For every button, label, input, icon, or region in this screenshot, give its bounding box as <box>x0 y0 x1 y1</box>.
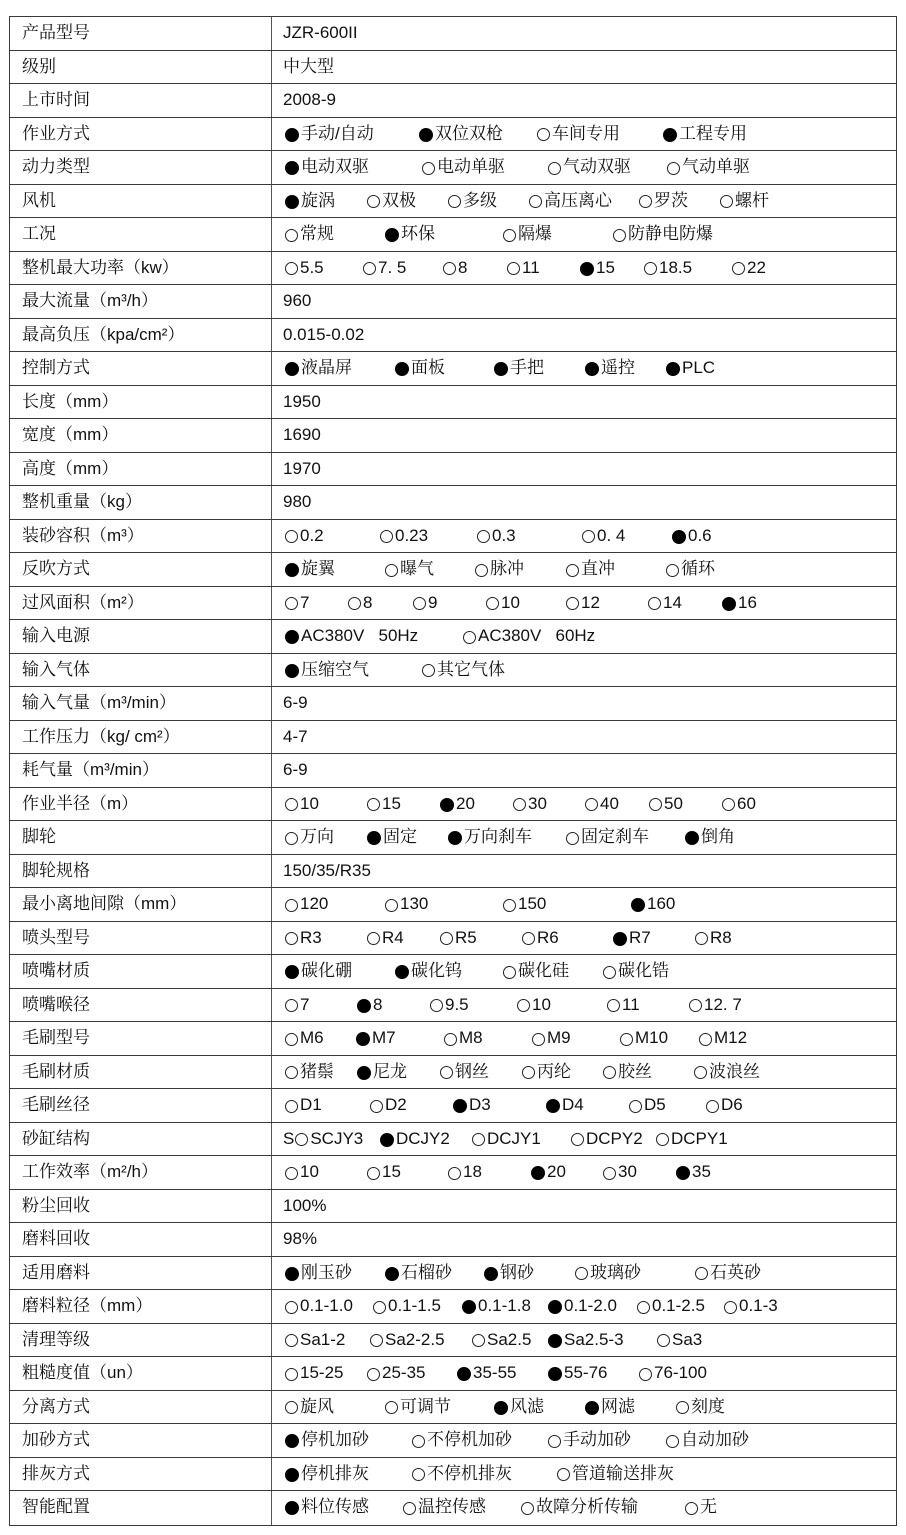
spec-options: ○M6 ●M7 ○M8 ○M9 ○M10 ○M12 <box>272 1022 896 1055</box>
option-label: 防静电防爆 <box>628 218 713 250</box>
spec-row-working-radius: 作业半径（m） ○10 ○15 ●20 ○30 ○40 ○50 ○60 <box>10 788 896 822</box>
circle-mark-icon: ○ <box>422 162 435 175</box>
option-label: 电动单驱 <box>437 151 505 183</box>
option: ●手把 <box>494 352 544 384</box>
circle-mark-icon: ○ <box>676 1401 689 1414</box>
option: ○7 <box>285 587 309 619</box>
option-label: D1 <box>300 1089 322 1121</box>
option-label: AC380V 50Hz <box>301 620 418 652</box>
circle-mark-icon: ● <box>285 664 299 678</box>
option: ●碳化钨 <box>395 955 462 987</box>
option: ○罗茨 <box>639 185 688 217</box>
option-label: 0.6 <box>688 520 712 552</box>
option-label: 55-76 <box>564 1357 607 1389</box>
option-label: 30 <box>528 788 547 820</box>
spec-options: ●手动/自动 ●双位双枪 ○车间专用 ●工程专用 <box>272 118 896 151</box>
spec-row-control-method: 控制方式 ●液晶屏 ●面板 ●手把 ●遥控 ●PLC <box>10 352 896 386</box>
option: ○Sa2.5 <box>472 1324 531 1356</box>
circle-mark-icon: ○ <box>537 128 550 141</box>
option-label: Sa2.5 <box>487 1324 531 1356</box>
spec-value: 98% <box>283 1223 317 1255</box>
spec-value-cell: 1950 <box>272 386 896 419</box>
circle-mark-icon: ○ <box>699 1033 712 1046</box>
spec-row-nozzle-throat-diameter: 喷嘴喉径 ○7 ●8 ○9.5 ○10 ○11 ○12. 7 <box>10 989 896 1023</box>
option-label: 160 <box>647 888 675 920</box>
option: ○故障分析传输 <box>521 1491 638 1523</box>
option-label: 0.1-2.5 <box>652 1290 705 1322</box>
option: ○D6 <box>706 1089 743 1121</box>
circle-mark-icon: ○ <box>724 1301 737 1314</box>
spec-value: 980 <box>283 486 311 518</box>
spec-label: 作业方式 <box>10 118 272 151</box>
option-label: M9 <box>547 1022 571 1054</box>
spec-label: 高度（mm） <box>10 453 272 486</box>
spec-row-applicable-abrasives: 适用磨料 ●刚玉砂 ●石榴砂 ●钢砂 ○玻璃砂 ○石英砂 <box>10 1257 896 1291</box>
spec-row-working-condition: 工况 ○常规 ●环保 ○隔爆 ○防静电防爆 <box>10 218 896 252</box>
option: ○0.3 <box>477 520 516 552</box>
circle-mark-icon: ○ <box>507 262 520 275</box>
spec-value: 6-9 <box>283 754 308 786</box>
circle-mark-icon: ○ <box>571 1133 584 1146</box>
option: ●20 <box>531 1156 566 1188</box>
option: ●万向刹车 <box>448 821 532 853</box>
option-label: 5.5 <box>300 252 324 284</box>
circle-mark-icon: ○ <box>370 1334 383 1347</box>
spec-options: ○D1 ○D2 ●D3 ●D4 ○D5 ○D6 <box>272 1089 896 1122</box>
spec-row-filter-area: 过风面积（m²） ○7 ○8 ○9 ○10 ○12 ○14 ●16 <box>10 587 896 621</box>
spec-value: 960 <box>283 285 311 317</box>
option: ●石榴砂 <box>385 1257 452 1289</box>
circle-mark-icon: ○ <box>285 229 298 242</box>
spec-value: 4-7 <box>283 721 308 753</box>
option: ○手动加砂 <box>548 1424 631 1456</box>
spec-options: ●碳化硼 ●碳化钨 ○碳化硅 ○碳化锆 <box>272 955 896 988</box>
spec-label: 输入电源 <box>10 620 272 653</box>
option: ○7 <box>285 989 309 1021</box>
spec-options: ○10 ○15 ○18 ●20 ○30 ●35 <box>272 1156 896 1189</box>
spec-row-power-type: 动力类型 ●电动双驱 ○电动单驱 ○气动双驱 ○气动单驱 <box>10 151 896 185</box>
option-label: 120 <box>300 888 328 920</box>
option-label: 20 <box>456 788 475 820</box>
spec-value-cell: 6-9 <box>272 687 896 720</box>
circle-mark-icon: ○ <box>285 899 298 912</box>
spec-value-cell: 中大型 <box>272 51 896 84</box>
circle-mark-icon: ○ <box>285 262 298 275</box>
option-label: 故障分析传输 <box>536 1491 638 1523</box>
option: ○双极 <box>367 185 416 217</box>
option: ○R6 <box>522 922 559 954</box>
option: ○12 <box>566 587 600 619</box>
circle-mark-icon: ● <box>385 228 399 242</box>
circle-mark-icon: ○ <box>463 631 476 644</box>
option: ○76-100 <box>639 1357 707 1389</box>
option: ○60 <box>722 788 756 820</box>
option: ●M7 <box>356 1022 396 1054</box>
option-label: 多级 <box>463 185 497 217</box>
option-label: 11 <box>522 252 540 284</box>
circle-mark-icon: ● <box>448 831 462 845</box>
option: ○无 <box>685 1491 717 1523</box>
option-label: Sa1-2 <box>300 1324 345 1356</box>
option: ○DCPY2 <box>571 1123 643 1155</box>
circle-mark-icon: ○ <box>367 932 380 945</box>
spec-options: ●刚玉砂 ●石榴砂 ●钢砂 ○玻璃砂 ○石英砂 <box>272 1257 896 1290</box>
circle-mark-icon: ○ <box>367 1368 380 1381</box>
spec-options: ○7 ●8 ○9.5 ○10 ○11 ○12. 7 <box>272 989 896 1022</box>
option-label: 25-35 <box>382 1357 425 1389</box>
option-label: 手把 <box>510 352 544 384</box>
spec-row-sand-feeding-method: 加砂方式 ●停机加砂 ○不停机加砂 ○手动加砂 ○自动加砂 <box>10 1424 896 1458</box>
circle-mark-icon: ○ <box>477 530 490 543</box>
option-label: 50 <box>664 788 683 820</box>
circle-mark-icon: ● <box>285 1468 299 1482</box>
option-label: 20 <box>547 1156 566 1188</box>
spec-row-air-consumption: 耗气量（m³/min） 6-9 <box>10 754 896 788</box>
spec-options: ○5.5 ○7. 5 ○8 ○11 ●15 ○18.5 ○22 <box>272 252 896 285</box>
option-label: Sa2.5-3 <box>564 1324 624 1356</box>
spec-label: 风机 <box>10 185 272 218</box>
spec-label: 磨料回收 <box>10 1223 272 1256</box>
option: ○40 <box>585 788 619 820</box>
spec-value-cell: 4-7 <box>272 721 896 754</box>
circle-mark-icon: ● <box>494 362 508 376</box>
option-label: 碳化钨 <box>411 955 462 987</box>
circle-mark-icon: ○ <box>566 597 579 610</box>
option: ●16 <box>722 587 757 619</box>
circle-mark-icon: ● <box>663 128 677 142</box>
option-label: 旋涡 <box>301 185 335 217</box>
option: ○气动双驱 <box>548 151 631 183</box>
circle-mark-icon: ○ <box>448 195 461 208</box>
option-label: 可调节 <box>400 1391 451 1423</box>
spec-options: ○10 ○15 ●20 ○30 ○40 ○50 ○60 <box>272 788 896 821</box>
option-label: 18 <box>463 1156 482 1188</box>
spec-options: ○万向 ●固定 ●万向刹车 ○固定刹车 ●倒角 <box>272 821 896 854</box>
spec-options: ●停机排灰 ○不停机排灰 ○管道输送排灰 <box>272 1458 896 1491</box>
option: ○15-25 <box>285 1357 343 1389</box>
option: ○14 <box>648 587 682 619</box>
option-label: 15 <box>382 1156 401 1188</box>
spec-label: 喷嘴材质 <box>10 955 272 988</box>
option: ○150 <box>503 888 546 920</box>
circle-mark-icon: ○ <box>513 798 526 811</box>
option-label: 0.3 <box>492 520 516 552</box>
option-label: 30 <box>618 1156 637 1188</box>
option: ○玻璃砂 <box>575 1257 641 1289</box>
option: ○M6 <box>285 1022 324 1054</box>
option: ○车间专用 <box>537 118 620 150</box>
spec-label: 脚轮 <box>10 821 272 854</box>
option: ○0.1-2.5 <box>637 1290 705 1322</box>
option-label: 0. 4 <box>597 520 625 552</box>
option-label: M12 <box>714 1022 747 1054</box>
circle-mark-icon: ○ <box>522 932 535 945</box>
option-label: 停机排灰 <box>301 1458 369 1490</box>
option-label: 猪鬃 <box>300 1056 334 1088</box>
option: ●160 <box>631 888 675 920</box>
circle-mark-icon: ○ <box>548 1435 561 1448</box>
circle-mark-icon: ○ <box>695 1267 708 1280</box>
circle-mark-icon: ○ <box>373 1301 386 1314</box>
option-label: 双位双枪 <box>435 118 503 150</box>
option: ●网滤 <box>585 1391 635 1423</box>
option-label: D3 <box>469 1089 491 1121</box>
circle-mark-icon: ○ <box>285 932 298 945</box>
option-label: 22 <box>747 252 766 284</box>
spec-label: 智能配置 <box>10 1491 272 1525</box>
spec-label: 输入气体 <box>10 654 272 687</box>
option-label: 手动加砂 <box>563 1424 631 1456</box>
option-label: 10 <box>532 989 551 1021</box>
circle-mark-icon: ○ <box>403 1502 416 1515</box>
circle-mark-icon: ○ <box>666 564 679 577</box>
option-label: 旋风 <box>300 1391 334 1423</box>
option: ○旋风 <box>285 1391 334 1423</box>
circle-mark-icon: ● <box>548 1300 562 1314</box>
spec-label: 作业半径（m） <box>10 788 272 821</box>
circle-mark-icon: ○ <box>607 999 620 1012</box>
circle-mark-icon: ● <box>676 1166 690 1180</box>
option-label: 尼龙 <box>373 1056 407 1088</box>
option-label: 面板 <box>411 352 445 384</box>
option-label: 其它气体 <box>437 654 505 686</box>
option: ○常规 <box>285 218 334 250</box>
spec-value-cell: 1970 <box>272 453 896 486</box>
option-label: 环保 <box>401 218 435 250</box>
spec-row-cleaning-grade: 清理等级 ○Sa1-2 ○Sa2-2.5 ○Sa2.5 ●Sa2.5-3 ○Sa… <box>10 1324 896 1358</box>
option: S○SCJY3 <box>283 1123 363 1155</box>
option-label: 隔爆 <box>518 218 552 250</box>
spec-value: 1950 <box>283 386 321 418</box>
option-label: 万向刹车 <box>464 821 532 853</box>
spec-label: 毛刷丝径 <box>10 1089 272 1122</box>
spec-label: 整机最大功率（kw） <box>10 252 272 285</box>
option: ○25-35 <box>367 1357 425 1389</box>
option: ○碳化硅 <box>503 955 569 987</box>
option: ○D2 <box>370 1089 407 1121</box>
option: ○石英砂 <box>695 1257 761 1289</box>
circle-mark-icon: ○ <box>521 1502 534 1515</box>
spec-value: 6-9 <box>283 687 308 719</box>
circle-mark-icon: ○ <box>472 1133 485 1146</box>
option-label: 压缩空气 <box>301 654 369 686</box>
option: ○R5 <box>440 922 477 954</box>
option: ●DCJY2 <box>380 1123 450 1155</box>
option-label: 万向 <box>300 821 334 853</box>
option: ●倒角 <box>685 821 735 853</box>
spec-label: 清理等级 <box>10 1324 272 1357</box>
option-label: 钢丝 <box>455 1056 489 1088</box>
circle-mark-icon: ● <box>531 1166 545 1180</box>
circle-mark-icon: ○ <box>603 1066 616 1079</box>
option: ○波浪丝 <box>694 1056 760 1088</box>
circle-mark-icon: ● <box>722 597 736 611</box>
option-label: 8 <box>458 252 467 284</box>
circle-mark-icon: ○ <box>367 195 380 208</box>
option: ○D1 <box>285 1089 322 1121</box>
spec-value-cell: 960 <box>272 285 896 318</box>
circle-mark-icon: ○ <box>706 1100 719 1113</box>
option: ○30 <box>513 788 547 820</box>
option-label: 130 <box>400 888 428 920</box>
option: ○120 <box>285 888 328 920</box>
option: ●15 <box>580 252 615 284</box>
option: ○50 <box>649 788 683 820</box>
spec-row-caster-spec: 脚轮规格 150/35/R35 <box>10 855 896 889</box>
option: ●压缩空气 <box>285 654 369 686</box>
circle-mark-icon: ○ <box>585 798 598 811</box>
spec-row-product-model: 产品型号 JZR-600II <box>10 17 896 51</box>
option: ●R7 <box>613 922 651 954</box>
spec-row-gas-input: 输入气体 ●压缩空气 ○其它气体 <box>10 654 896 688</box>
option-label: 直冲 <box>581 553 615 585</box>
option: ●PLC <box>666 352 715 384</box>
option: ○AC380V 60Hz <box>463 620 595 652</box>
option-label: 刻度 <box>691 1391 725 1423</box>
option: ●刚玉砂 <box>285 1257 352 1289</box>
circle-mark-icon: ● <box>494 1401 508 1415</box>
option: ○胶丝 <box>603 1056 652 1088</box>
option-label: 网滤 <box>601 1391 635 1423</box>
spec-label: 动力类型 <box>10 151 272 184</box>
option: ○8 <box>348 587 372 619</box>
option: ○30 <box>603 1156 637 1188</box>
option: ○防静电防爆 <box>613 218 713 250</box>
option: ○其它气体 <box>422 654 505 686</box>
spec-options: ●AC380V 50Hz ○AC380V 60Hz <box>272 620 896 653</box>
option: ●旋涡 <box>285 185 335 217</box>
spec-value-cell: 150/35/R35 <box>272 855 896 888</box>
option-label: AC380V 60Hz <box>478 620 595 652</box>
spec-row-max-flow: 最大流量（m³/h） 960 <box>10 285 896 319</box>
circle-mark-icon: ○ <box>603 1167 616 1180</box>
circle-mark-icon: ○ <box>637 1301 650 1314</box>
circle-mark-icon: ○ <box>656 1133 669 1146</box>
option-label: 遥控 <box>601 352 635 384</box>
circle-mark-icon: ○ <box>575 1267 588 1280</box>
spec-label: 长度（mm） <box>10 386 272 419</box>
circle-mark-icon: ● <box>484 1267 498 1281</box>
spec-row-min-ground-clearance: 最小离地间隙（mm） ○120 ○130 ○150 ●160 <box>10 888 896 922</box>
spec-label: 最高负压（kpa/cm²） <box>10 319 272 352</box>
spec-value: JZR-600II <box>283 17 358 49</box>
option-label: M10 <box>635 1022 668 1054</box>
option: ○M12 <box>699 1022 747 1054</box>
option-label: 工程专用 <box>679 118 747 150</box>
option: ○隔爆 <box>503 218 552 250</box>
spec-options: ○旋风 ○可调节 ●风滤 ●网滤 ○刻度 <box>272 1391 896 1424</box>
circle-mark-icon: ● <box>367 831 381 845</box>
circle-mark-icon: ○ <box>385 1401 398 1414</box>
option: ○DCPY1 <box>656 1123 728 1155</box>
spec-label: 毛刷材质 <box>10 1056 272 1089</box>
option: ○温控传感 <box>403 1491 486 1523</box>
circle-mark-icon: ○ <box>667 162 680 175</box>
circle-mark-icon: ○ <box>503 229 516 242</box>
spec-label: 控制方式 <box>10 352 272 385</box>
spec-label: 输入气量（m³/min） <box>10 687 272 720</box>
option: ●固定 <box>367 821 417 853</box>
option-label: 12 <box>581 587 600 619</box>
option-label: 胶丝 <box>618 1056 652 1088</box>
option-label: D2 <box>385 1089 407 1121</box>
option-label: 不停机排灰 <box>427 1458 512 1490</box>
spec-options: ●旋涡 ○双极 ○多级 ○高压离心 ○罗茨 ○螺杆 <box>272 185 896 218</box>
option-label: 管道输送排灰 <box>572 1458 674 1490</box>
option: ○DCJY1 <box>472 1123 541 1155</box>
spec-row-operation-mode: 作业方式 ●手动/自动 ●双位双枪 ○车间专用 ●工程专用 <box>10 118 896 152</box>
option: ●8 <box>357 989 382 1021</box>
option-label: 温控传感 <box>418 1491 486 1523</box>
spec-options: ●液晶屏 ●面板 ●手把 ●遥控 ●PLC <box>272 352 896 385</box>
option-label: 0.23 <box>395 520 428 552</box>
spec-row-smart-config: 智能配置 ●料位传感 ○温控传感 ○故障分析传输 ○无 <box>10 1491 896 1525</box>
option: ○多级 <box>448 185 497 217</box>
spec-row-height: 高度（mm） 1970 <box>10 453 896 487</box>
circle-mark-icon: ● <box>395 362 409 376</box>
spec-label: 反吹方式 <box>10 553 272 586</box>
spec-label: 上市时间 <box>10 84 272 117</box>
circle-mark-icon: ● <box>585 362 599 376</box>
circle-mark-icon: ○ <box>657 1334 670 1347</box>
circle-mark-icon: ○ <box>472 1334 485 1347</box>
circle-mark-icon: ○ <box>285 530 298 543</box>
option: ●手动/自动 <box>285 118 374 150</box>
circle-mark-icon: ● <box>285 1501 299 1515</box>
option-label: 车间专用 <box>552 118 620 150</box>
option: ○11 <box>607 989 640 1021</box>
spec-row-brush-material: 毛刷材质 ○猪鬃 ●尼龙 ○钢丝 ○丙纶 ○胶丝 ○波浪丝 <box>10 1056 896 1090</box>
option: ○15 <box>367 788 401 820</box>
option-label: 35-55 <box>473 1357 516 1389</box>
circle-mark-icon: ● <box>548 1367 562 1381</box>
option-label: M8 <box>459 1022 483 1054</box>
spec-label: 最大流量（m³/h） <box>10 285 272 318</box>
option: ○可调节 <box>385 1391 451 1423</box>
option-label: DCPY2 <box>586 1123 643 1155</box>
spec-row-sand-volume: 装砂容积（m³） ○0.2 ○0.23 ○0.3 ○0. 4 ●0.6 <box>10 520 896 554</box>
spec-label: 宽度（mm） <box>10 419 272 452</box>
spec-label: 装砂容积（m³） <box>10 520 272 553</box>
spec-label: 产品型号 <box>10 17 272 50</box>
spec-label: 砂缸结构 <box>10 1123 272 1156</box>
option-label: Sa3 <box>672 1324 702 1356</box>
spec-value: 150/35/R35 <box>283 855 371 887</box>
option-label: 碳化锆 <box>618 955 669 987</box>
option: ●遥控 <box>585 352 635 384</box>
spec-row-brush-wire-diameter: 毛刷丝径 ○D1 ○D2 ●D3 ●D4 ○D5 ○D6 <box>10 1089 896 1123</box>
circle-mark-icon: ● <box>285 563 299 577</box>
option: ○Sa1-2 <box>285 1324 345 1356</box>
spec-row-work-efficiency: 工作效率（m²/h） ○10 ○15 ○18 ●20 ○30 ●35 <box>10 1156 896 1190</box>
option: ●旋翼 <box>285 553 335 585</box>
option-label: 8 <box>363 587 372 619</box>
option: ○9.5 <box>430 989 469 1021</box>
option: ●AC380V 50Hz <box>285 620 418 652</box>
option: ○钢丝 <box>440 1056 489 1088</box>
option: ●0.1-1.8 <box>462 1290 531 1322</box>
option-label: 10 <box>300 788 319 820</box>
circle-mark-icon: ● <box>613 932 627 946</box>
circle-mark-icon: ● <box>666 362 680 376</box>
option-label: 15 <box>596 252 615 284</box>
circle-mark-icon: ○ <box>285 1033 298 1046</box>
spec-value: 中大型 <box>283 51 334 83</box>
option-label: 碳化硅 <box>518 955 569 987</box>
option: ○0.2 <box>285 520 324 552</box>
option-label: 7 <box>300 989 309 1021</box>
option-label: 螺杆 <box>735 185 769 217</box>
